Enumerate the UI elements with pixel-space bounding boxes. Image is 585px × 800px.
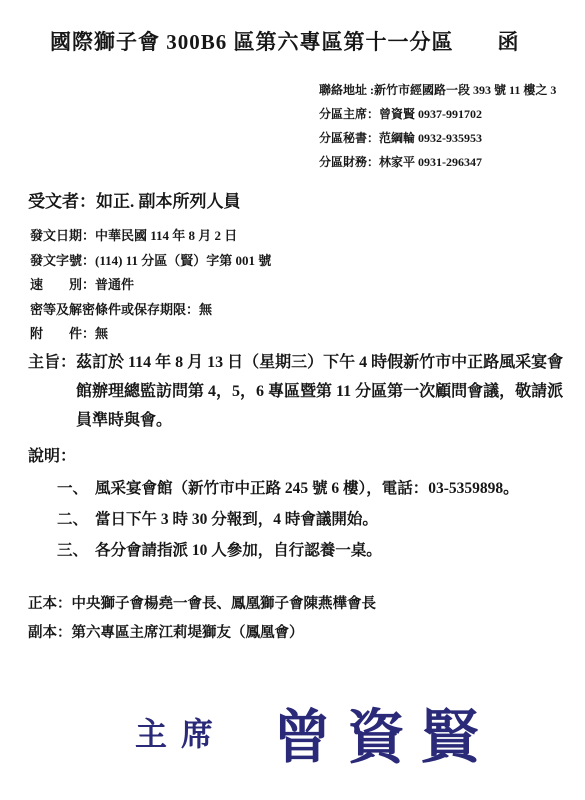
signature-title: 主席 [135,709,227,755]
item-text: 當日下午 3 時 30 分報到，4 時會議開始。 [95,506,378,533]
classification-line: 密等及解密條件或保存期限：無 [30,298,585,323]
contact-block: 聯絡地址 :新竹市經國路一段 393 號 11 樓之 3 分區主席：曾資賢 09… [319,78,581,174]
item-number: 三、 [57,537,88,564]
explanation-item: 二、 當日下午 3 時 30 分報到，4 時會議開始。 [57,506,585,533]
item-text: 風采宴會館（新竹市中正路 245 號 6 樓），電話：03-5359898。 [95,475,519,502]
explanation-item: 三、 各分會請指派 10 人參加，自行認養一桌。 [57,537,585,564]
subject-section: 主旨： 茲訂於 114 年 8 月 13 日（星期三）下午 4 時假新竹市中正路… [28,348,585,435]
recipient-value: 如正. 副本所列人員 [96,192,241,211]
subject-label: 主旨： [28,348,76,435]
original-recipients-line: 正本：中央獅子會楊堯一會長、鳳凰獅子會陳燕樺會長 [28,590,585,619]
document-title: 國際獅子會 300B6 區第六專區第十一分區 函 [50,0,585,56]
recipient-label: 受文者： [28,192,96,211]
attachment-line: 附 件：無 [30,322,585,347]
explanation-section: 說明： 一、 風采宴會館（新竹市中正路 245 號 6 樓），電話：03-535… [28,443,585,564]
explanation-item: 一、 風采宴會館（新竹市中正路 245 號 6 樓），電話：03-5359898… [57,475,585,502]
contact-secretary: 分區秘書：范綱輪 0932-935953 [319,126,581,150]
contact-treasurer: 分區財務：林家平 0931-296347 [319,150,581,174]
recipient-line: 受文者：如正. 副本所列人員 [28,190,585,214]
letter-page: 國際獅子會 300B6 區第六專區第十一分區 函 聯絡地址 :新竹市經國路一段 … [0,0,585,800]
signature-block: 主席 曾資賢 [135,690,585,774]
contact-address: 聯絡地址 :新竹市經國路一段 393 號 11 樓之 3 [319,78,581,102]
reference-number-line: 發文字號：(114) 11 分區（賢）字第 001 號 [30,249,585,274]
explanation-label: 說明： [28,443,585,471]
distribution-block: 正本：中央獅子會楊堯一會長、鳳凰獅子會陳燕樺會長 副本：第六專區主席江莉堤獅友（… [28,590,585,648]
contact-chairman: 分區主席：曾資賢 0937-991702 [319,102,581,126]
copy-recipients-line: 副本：第六專區主席江莉堤獅友（鳳凰會） [28,619,585,648]
subject-text: 茲訂於 114 年 8 月 13 日（星期三）下午 4 時假新竹市中正路風采宴會… [76,348,563,435]
signature-name: 曾資賢 [273,690,495,774]
issue-date-line: 發文日期：中華民國 114 年 8 月 2 日 [30,224,585,249]
item-number: 二、 [57,506,88,533]
item-text: 各分會請指派 10 人參加，自行認養一桌。 [95,537,382,564]
delivery-speed-line: 速 別：普通件 [30,273,585,298]
meta-block: 發文日期：中華民國 114 年 8 月 2 日 發文字號：(114) 11 分區… [30,224,585,347]
item-number: 一、 [57,475,88,502]
